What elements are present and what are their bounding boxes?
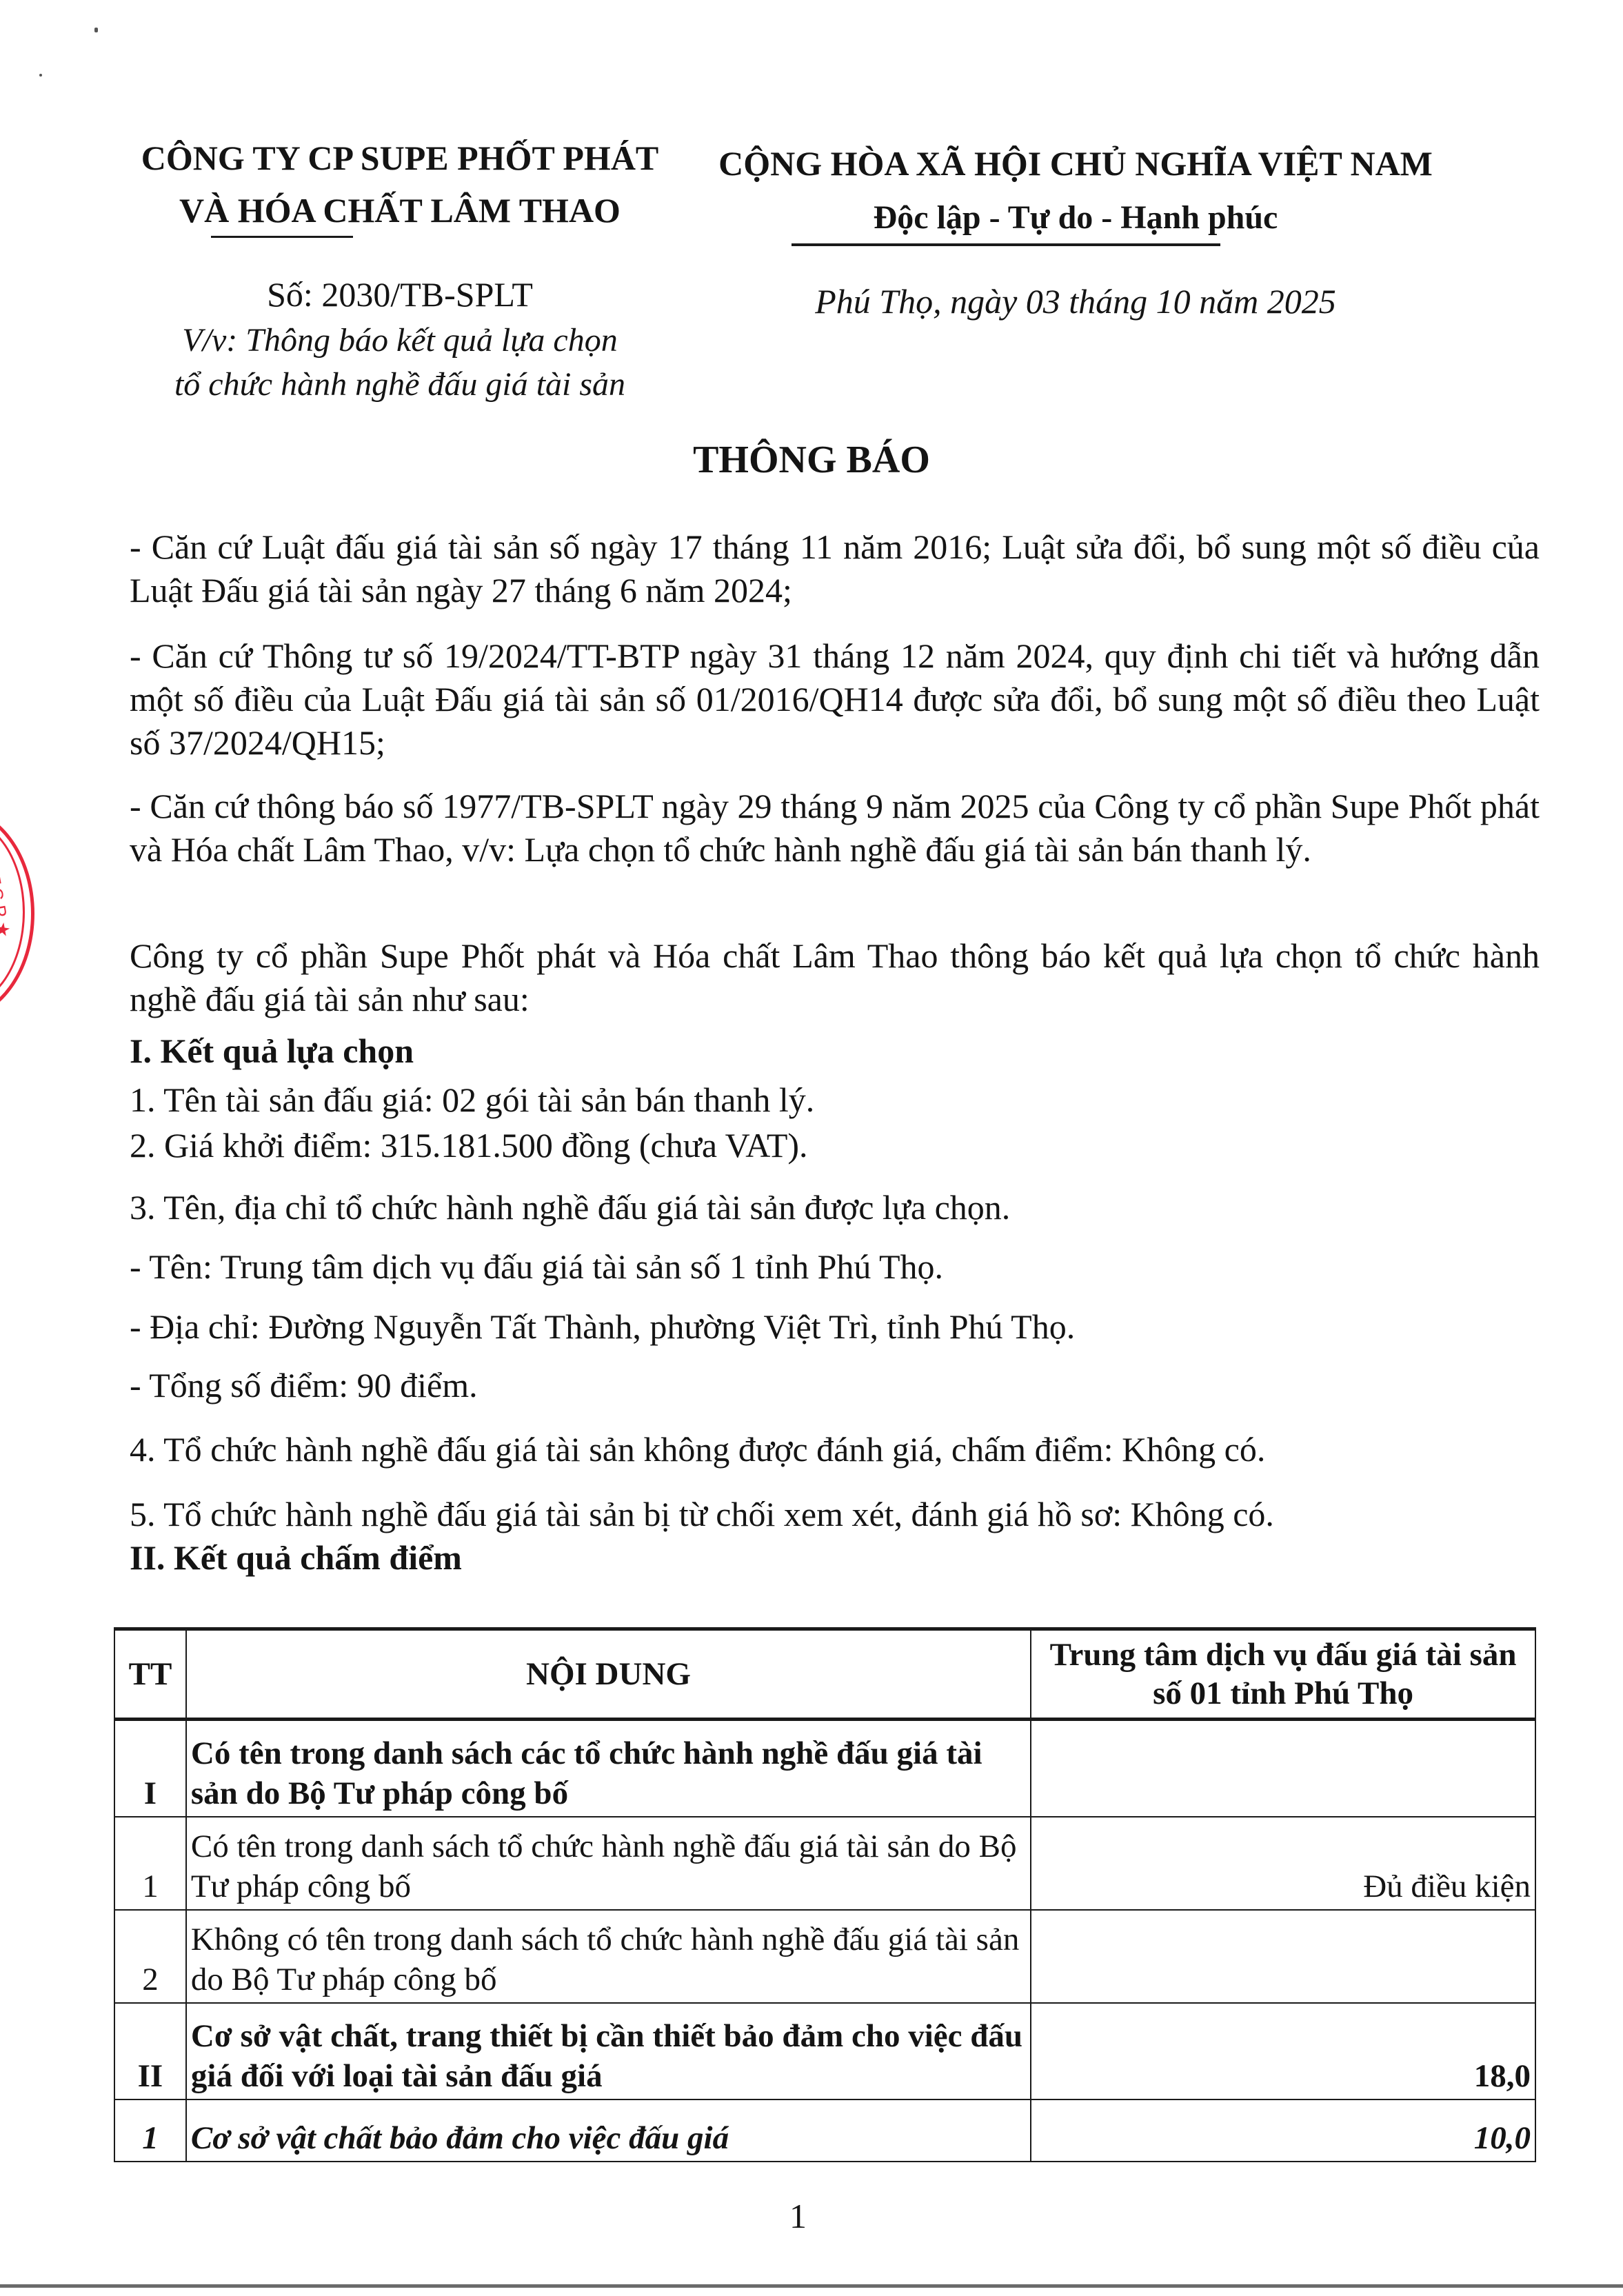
- header-org: Trung tâm dịch vụ đấu giá tài sản số 01 …: [1031, 1629, 1535, 1720]
- item-org-name: - Tên: Trung tâm dịch vụ đấu giá tài sản…: [130, 1247, 943, 1287]
- row-number: 1: [114, 1817, 186, 1910]
- subject-line2: tổ chức hành nghề đấu giá tài sản: [124, 365, 676, 403]
- row-number: 2: [114, 1910, 186, 2003]
- row-content: Có tên trong danh sách các tổ chức hành …: [186, 1720, 1031, 1817]
- item-org-address: - Địa chỉ: Đường Nguyễn Tất Thành, phườn…: [130, 1307, 1075, 1347]
- section-2-heading: II. Kết quả chấm điểm: [130, 1538, 462, 1578]
- row-content: Không có tên trong danh sách tổ chức hàn…: [186, 1910, 1031, 2003]
- item-not-evaluated: 4. Tổ chức hành nghề đấu giá tài sản khô…: [130, 1429, 1265, 1469]
- row-score: [1031, 1910, 1535, 2003]
- page-number: 1: [789, 2196, 807, 2236]
- header-content: NỘI DUNG: [186, 1629, 1031, 1720]
- table-row: 2Không có tên trong danh sách tổ chức hà…: [114, 1910, 1535, 2003]
- header-tt: TT: [114, 1629, 186, 1720]
- legal-basis-3: - Căn cứ thông báo số 1977/TB-SPLT ngày …: [130, 785, 1540, 872]
- item-starting-price: 2. Giá khởi điểm: 315.181.500 đồng (chưa…: [130, 1125, 808, 1165]
- scan-speck: [94, 28, 98, 32]
- item-rejected: 5. Tổ chức hành nghề đấu giá tài sản bị …: [130, 1494, 1274, 1534]
- row-score: 10,0: [1031, 2099, 1535, 2162]
- company-underline: [211, 236, 353, 238]
- score-table: TT NỘI DUNG Trung tâm dịch vụ đấu giá tà…: [114, 1627, 1536, 2162]
- national-motto: Độc lập - Tự do - Hạnh phúc: [696, 199, 1455, 236]
- legal-basis-1: - Căn cứ Luật đấu giá tài sản số ngày 17…: [130, 525, 1540, 612]
- row-number: I: [114, 1720, 186, 1817]
- row-content: Cơ sở vật chất bảo đảm cho việc đấu giá: [186, 2099, 1031, 2162]
- scan-bottom-edge: [0, 2284, 1623, 2288]
- table-row: ICó tên trong danh sách các tổ chức hành…: [114, 1720, 1535, 1817]
- document-title: THÔNG BÁO: [0, 438, 1623, 482]
- table-header-row: TT NỘI DUNG Trung tâm dịch vụ đấu giá tà…: [114, 1629, 1535, 1720]
- item-asset-name: 1. Tên tài sản đấu giá: 02 gói tài sản b…: [130, 1080, 814, 1120]
- row-score: [1031, 1720, 1535, 1817]
- row-score: Đủ điều kiện: [1031, 1817, 1535, 1910]
- place-date: Phú Thọ, ngày 03 tháng 10 năm 2025: [696, 281, 1455, 321]
- intro-paragraph: Công ty cổ phần Supe Phốt phát và Hóa ch…: [130, 934, 1540, 1021]
- company-name-line2: VÀ HÓA CHẤT LÂM THAO: [124, 190, 676, 230]
- table-row: IICơ sở vật chất, trang thiết bị cần thi…: [114, 2003, 1535, 2099]
- section-1-heading: I. Kết quả lựa chọn: [130, 1031, 414, 1071]
- item-selected-org: 3. Tên, địa chỉ tổ chức hành nghề đấu gi…: [130, 1187, 1010, 1227]
- scan-speck: [39, 74, 42, 77]
- row-number: II: [114, 2003, 186, 2099]
- legal-basis-2: - Căn cứ Thông tư số 19/2024/TT-BTP ngày…: [130, 634, 1540, 765]
- table-row: 1Có tên trong danh sách tổ chức hành ngh…: [114, 1817, 1535, 1910]
- row-content: Cơ sở vật chất, trang thiết bị cần thiết…: [186, 2003, 1031, 2099]
- country-name: CỘNG HÒA XÃ HỘI CHỦ NGHĨA VIỆT NAM: [696, 143, 1455, 183]
- company-name-line1: CÔNG TY CP SUPE PHỐT PHÁT: [124, 138, 676, 178]
- motto-underline: [792, 243, 1220, 246]
- row-score: 18,0: [1031, 2003, 1535, 2099]
- item-total-score: - Tổng số điểm: 90 điểm.: [130, 1365, 478, 1405]
- table-row: 1Cơ sở vật chất bảo đảm cho việc đấu giá…: [114, 2099, 1535, 2162]
- row-content: Có tên trong danh sách tổ chức hành nghề…: [186, 1817, 1031, 1910]
- subject-line1: V/v: Thông báo kết quả lựa chọn: [124, 321, 676, 359]
- document-number: Số: 2030/TB-SPLT: [124, 274, 676, 314]
- row-number: 1: [114, 2099, 186, 2162]
